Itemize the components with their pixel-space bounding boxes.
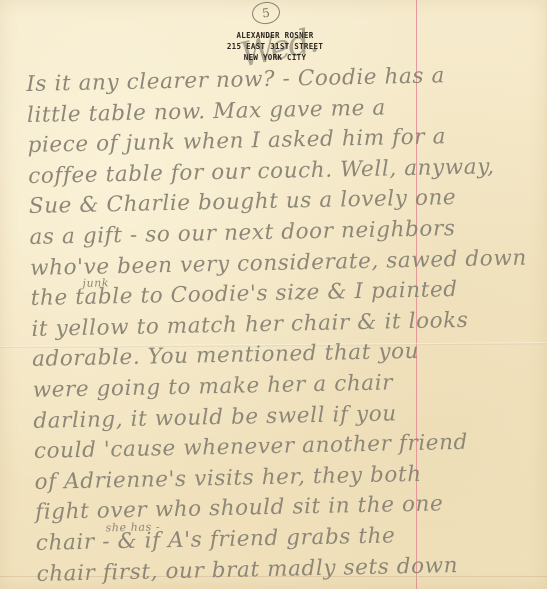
- letterhead: ALEXANDER ROSNER 215 EAST 31ST STREET NE…: [200, 30, 350, 63]
- letterhead-street: 215 EAST 31ST STREET: [200, 41, 350, 52]
- letterhead-city: NEW YORK CITY: [200, 52, 350, 63]
- letter-page: 5 Wed. ALEXANDER ROSNER 215 EAST 31ST ST…: [0, 0, 547, 589]
- interlinear-insert: she has -: [105, 512, 160, 544]
- interlinear-insert: junk: [82, 268, 109, 299]
- letterhead-name: ALEXANDER ROSNER: [200, 30, 350, 41]
- circled-page-number: 5: [251, 0, 282, 26]
- body-line-text: chair - & if A's friend grabs the: [36, 523, 396, 556]
- letter-body: Is it any clearer now? - Coodie has a li…: [26, 59, 547, 589]
